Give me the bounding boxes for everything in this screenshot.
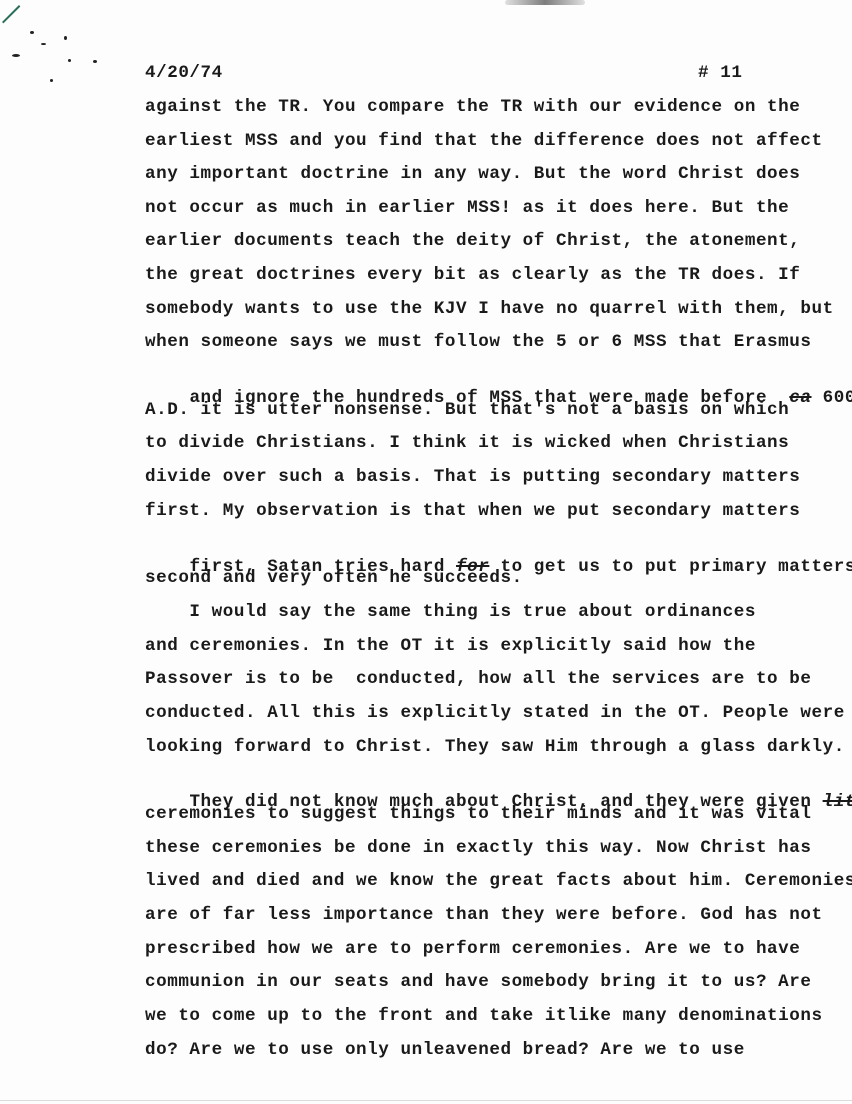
text-line: first. My observation is that when we pu… — [145, 500, 800, 522]
text-line: A.D. it is utter nonsense. But that's no… — [145, 399, 789, 421]
text-line: these ceremonies be done in exactly this… — [145, 837, 811, 859]
scan-top-smudge — [505, 0, 585, 5]
page-number: # 11 — [698, 62, 742, 84]
scan-bottom-edge — [0, 1100, 852, 1101]
scan-speck — [12, 54, 20, 57]
document-date: 4/20/74 — [145, 62, 223, 84]
text-line: when someone says we must follow the 5 o… — [145, 331, 811, 353]
scan-speck — [50, 79, 53, 82]
text-fragment: 600 — [812, 388, 852, 408]
text-line: we to come up to the front and take itli… — [145, 1005, 823, 1027]
scan-speck — [41, 43, 46, 45]
text-fragment — [811, 792, 822, 812]
struck-out-text: ca — [789, 388, 811, 408]
scan-speck — [64, 36, 67, 40]
text-line: to divide Christians. I think it is wick… — [145, 432, 789, 454]
text-line: not occur as much in earlier MSS! as it … — [145, 197, 789, 219]
text-line: looking forward to Christ. They saw Him … — [145, 736, 845, 758]
text-line: earliest MSS and you find that the diffe… — [145, 130, 823, 152]
text-line: any important doctrine in any way. But t… — [145, 163, 800, 185]
text-line: against the TR. You compare the TR with … — [145, 96, 800, 118]
text-line: somebody wants to use the KJV I have no … — [145, 298, 834, 320]
text-line: and ceremonies. In the OT it is explicit… — [145, 635, 756, 657]
scanned-document-page: 4/20/74 # 11 against the TR. You compare… — [0, 0, 852, 1104]
text-line: prescribed how we are to perform ceremon… — [145, 938, 800, 960]
text-line: do? Are we to use only unleavened bread?… — [145, 1039, 745, 1061]
text-line: ceremonies to suggest things to their mi… — [145, 803, 811, 825]
text-line: are of far less importance than they wer… — [145, 904, 823, 926]
text-line: second and very often he succeeds. — [145, 567, 523, 589]
text-line: conducted. All this is explicitly stated… — [145, 702, 845, 724]
text-line: Passover is to be conducted, how all the… — [145, 668, 811, 690]
text-line: lived and died and we know the great fac… — [145, 870, 852, 892]
text-line: They did not know much about Christ, and… — [145, 769, 852, 835]
text-line: earlier documents teach the deity of Chr… — [145, 230, 800, 252]
text-line: and ignore the hundreds of MSS that were… — [145, 365, 852, 431]
text-fragment: to get us to put primary matters — [489, 557, 852, 577]
paragraph-start-line: I would say the same thing is true about… — [145, 601, 756, 623]
scan-speck — [68, 59, 71, 62]
text-line: the great doctrines every bit as clearly… — [145, 264, 800, 286]
struck-out-text: little — [823, 792, 852, 812]
text-line: communion in our seats and have somebody… — [145, 971, 811, 993]
scan-speck — [93, 60, 97, 63]
scan-corner-mark — [2, 5, 20, 23]
text-line: divide over such a basis. That is puttin… — [145, 466, 800, 488]
scan-speck — [30, 31, 34, 34]
